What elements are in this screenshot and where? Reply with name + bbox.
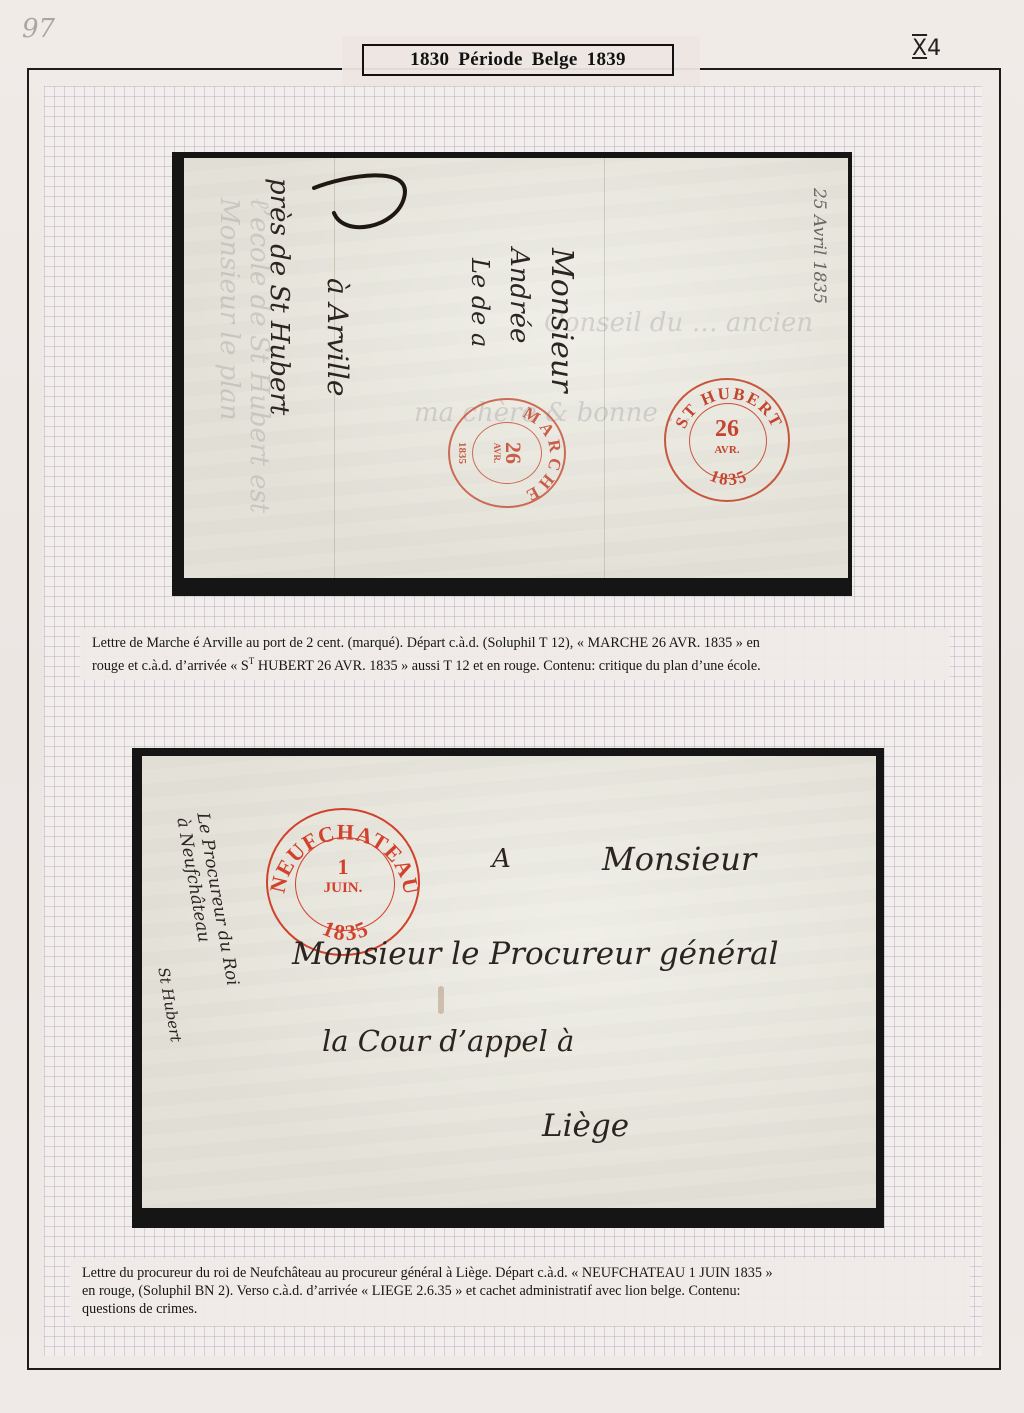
- cover-2-caption: Lettre du procureur du roi de Neufchâtea…: [70, 1258, 970, 1326]
- address-line: Monsieur: [602, 840, 756, 878]
- address-line: Liège: [542, 1108, 629, 1144]
- address-line: Monsieur le Procureur général: [292, 936, 778, 972]
- cancel-month: JUIN.: [268, 880, 418, 897]
- address-line: Le de a: [466, 258, 494, 347]
- show-through-writing: Monsieur le plan: [214, 198, 244, 421]
- page-reference-roman: X: [912, 36, 927, 61]
- pencil-date-annotation: 25 Avril 1835: [809, 188, 829, 304]
- cancel-st-hubert: ST HUBERT 1835 26 AVR.: [664, 378, 790, 502]
- svg-text:1835: 1835: [707, 466, 750, 489]
- cover-2-neufchateau-liege: Le Procureur du Roi à Neufchâteau St Hub…: [142, 756, 876, 1208]
- caption-line: Lettre de Marche é Arville au port de 2 …: [92, 634, 940, 652]
- caption-line: en rouge, (Soluphil BN 2). Verso c.à.d. …: [82, 1282, 960, 1300]
- page-reference-number: 4: [927, 36, 941, 61]
- cancel-month: AVR.: [666, 444, 788, 456]
- address-line: Andrée: [504, 248, 534, 343]
- cancel-day: 26: [500, 400, 526, 506]
- address-line: A: [492, 844, 511, 874]
- address-line: près de St Hubert: [264, 178, 294, 415]
- pencil-page-number: 97: [22, 14, 55, 44]
- page-title: 1830 Période Belge 1839: [362, 44, 674, 76]
- fold-line: [604, 158, 605, 578]
- caption-line: questions de crimes.: [82, 1300, 960, 1318]
- ink-stain: [438, 986, 444, 1014]
- cancel-marche: MARCHE 26 AVR. 1835: [448, 398, 566, 508]
- caption-line: rouge et c.à.d. d’arrivée « ST HUBERT 26…: [92, 652, 940, 675]
- cancel-year: 1835: [456, 400, 468, 506]
- sender-note: St Hubert: [154, 966, 185, 1043]
- cancel-day: 1: [268, 854, 418, 880]
- cancel-month: AVR.: [492, 400, 502, 506]
- show-through-writing: Conseil du … ancien: [544, 308, 813, 338]
- address-line: la Cour d’appel à: [322, 1024, 574, 1058]
- address-line: à Arville: [321, 278, 354, 396]
- address-line: Monsieur: [544, 248, 579, 393]
- cancel-neufchateau: NEUFCHATEAU 1835 1 JUIN.: [266, 808, 420, 956]
- caption-line: Lettre du procureur du roi de Neufchâtea…: [82, 1264, 960, 1282]
- postage-due-mark: [304, 168, 424, 258]
- page-reference: X4: [912, 36, 941, 61]
- cover-1-caption: Lettre de Marche é Arville au port de 2 …: [80, 628, 950, 680]
- cancel-day: 26: [666, 416, 788, 443]
- cover-1-marche-arville: ℓ’ecole de St Hubert est Monsieur le pla…: [184, 158, 848, 578]
- cancel-town: MARCHE: [520, 403, 566, 507]
- cancel-year: 1835: [707, 466, 750, 489]
- svg-text:MARCHE: MARCHE: [520, 403, 566, 507]
